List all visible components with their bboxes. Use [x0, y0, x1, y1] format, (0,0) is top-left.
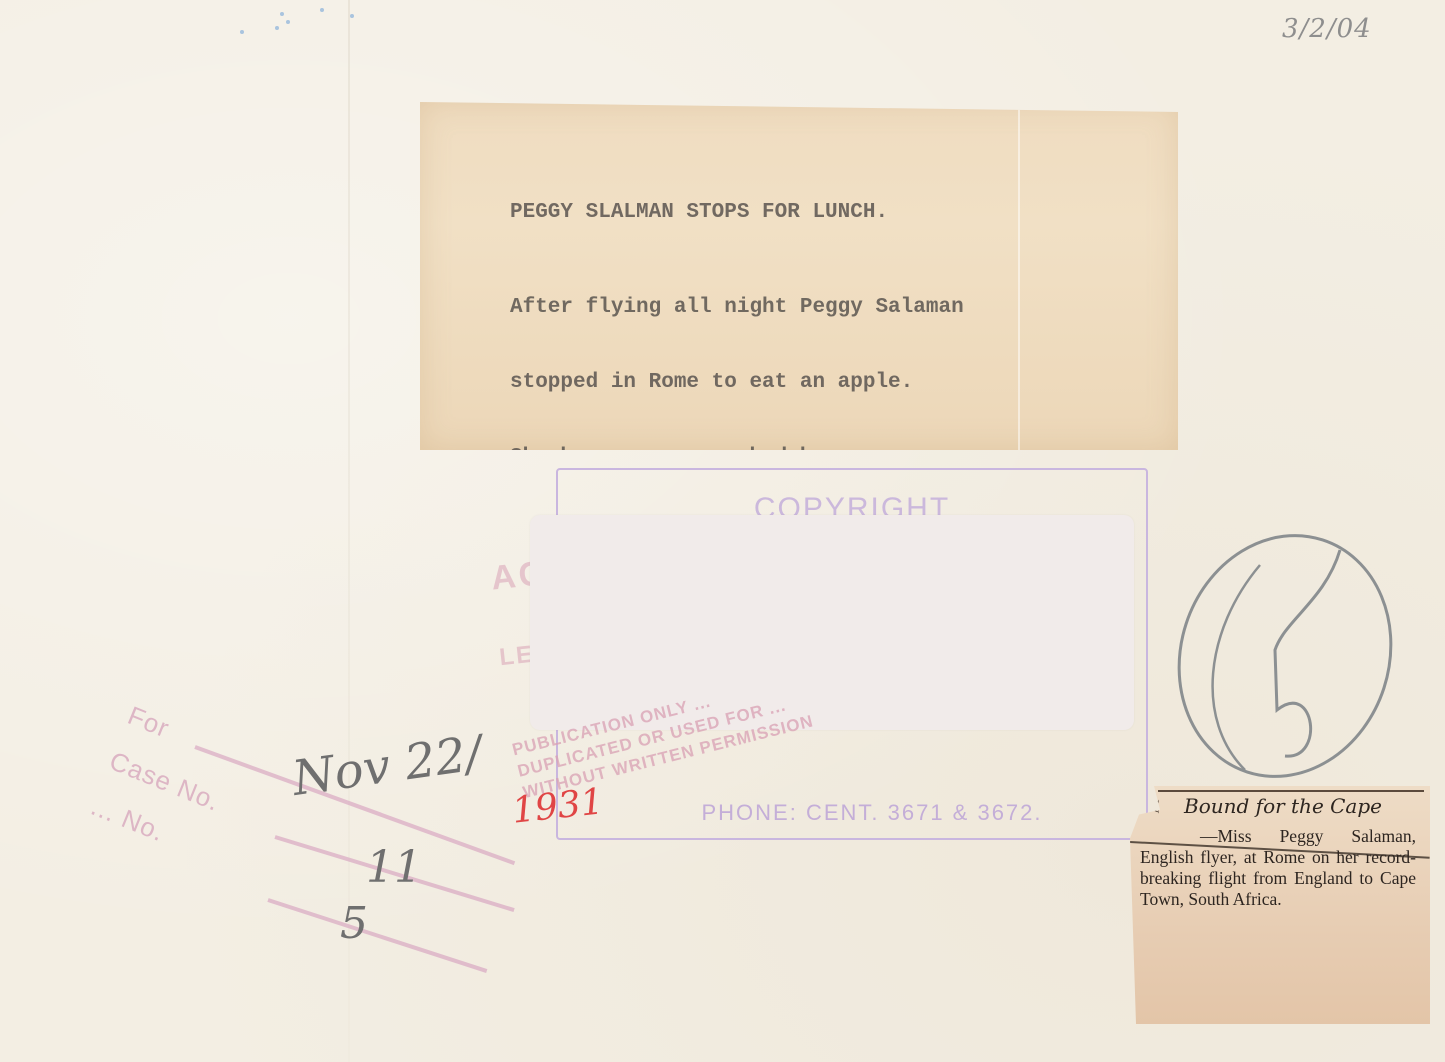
caption-line: stopped in Rome to eat an apple.: [510, 370, 1052, 395]
clipping-text: —Miss Peggy Salaman, English flyer, at R…: [1140, 826, 1416, 909]
pencil-date: 3/2/04: [1282, 14, 1372, 44]
paper-patch-over-stamp: [530, 515, 1134, 730]
handwritten-number: 11: [366, 842, 422, 893]
ink-specks: [200, 0, 400, 40]
handwritten-number: 5: [340, 898, 368, 949]
stamp-phone: PHONE: CENT. 3671 & 3672.: [598, 800, 1146, 826]
typed-caption-slip: PEGGY SLALMAN STOPS FOR LUNCH. After fly…: [420, 102, 1178, 450]
clipping-body: —Miss Peggy Salaman, English flyer, at R…: [1140, 826, 1416, 910]
caption-line: After flying all night Peggy Salaman: [510, 295, 1052, 320]
news-clipping: Ar Bound for the Cape —Miss Peggy Salama…: [1130, 786, 1430, 1024]
caption-headline: PEGGY SLALMAN STOPS FOR LUNCH.: [510, 200, 1052, 225]
circled-number-mark: [1165, 520, 1393, 780]
clipping-top-rule: [1158, 790, 1424, 792]
clipping-headline: Bound for the Cape: [1184, 794, 1382, 818]
